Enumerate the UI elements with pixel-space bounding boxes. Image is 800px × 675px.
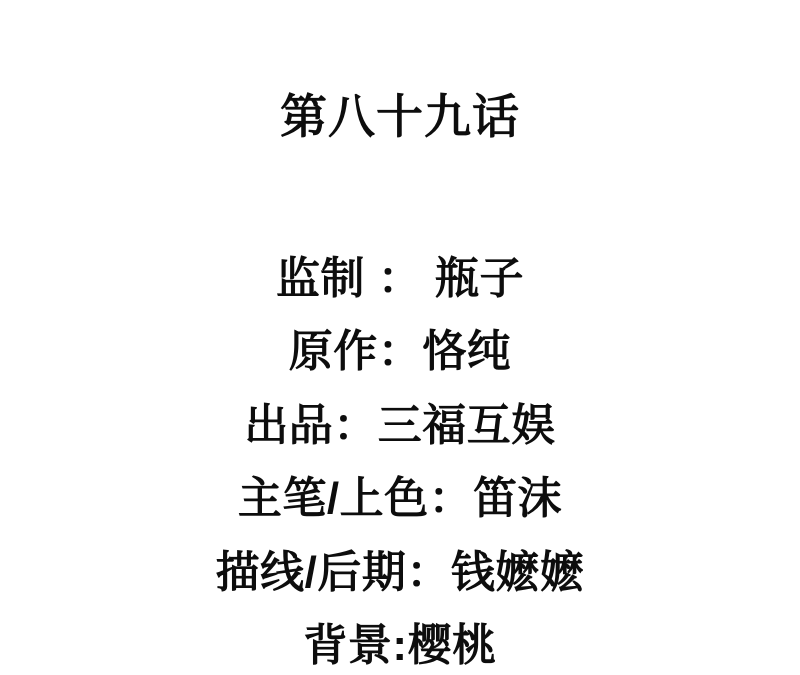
credits-list: 监制 ： 瓶子 原作：恪纯 出品：三福互娱 主笔/上色：笛沫 描线/后期：钱嬷嬷… <box>0 237 800 675</box>
credit-line-original-author: 原作：恪纯 <box>0 311 800 385</box>
credit-line-supervisor: 监制 ： 瓶子 <box>0 237 800 311</box>
comic-credits-page: 第八十九话 监制 ： 瓶子 原作：恪纯 出品：三福互娱 主笔/上色：笛沫 描线/… <box>0 0 800 675</box>
credit-line-production: 出品：三福互娱 <box>0 384 800 458</box>
credit-line-artist-colorist: 主笔/上色：笛沫 <box>0 458 800 532</box>
credit-line-background: 背景:樱桃 <box>0 605 800 675</box>
chapter-title: 第八十九话 <box>0 90 800 143</box>
credit-line-inking-postproduction: 描线/后期：钱嬷嬷 <box>0 531 800 605</box>
